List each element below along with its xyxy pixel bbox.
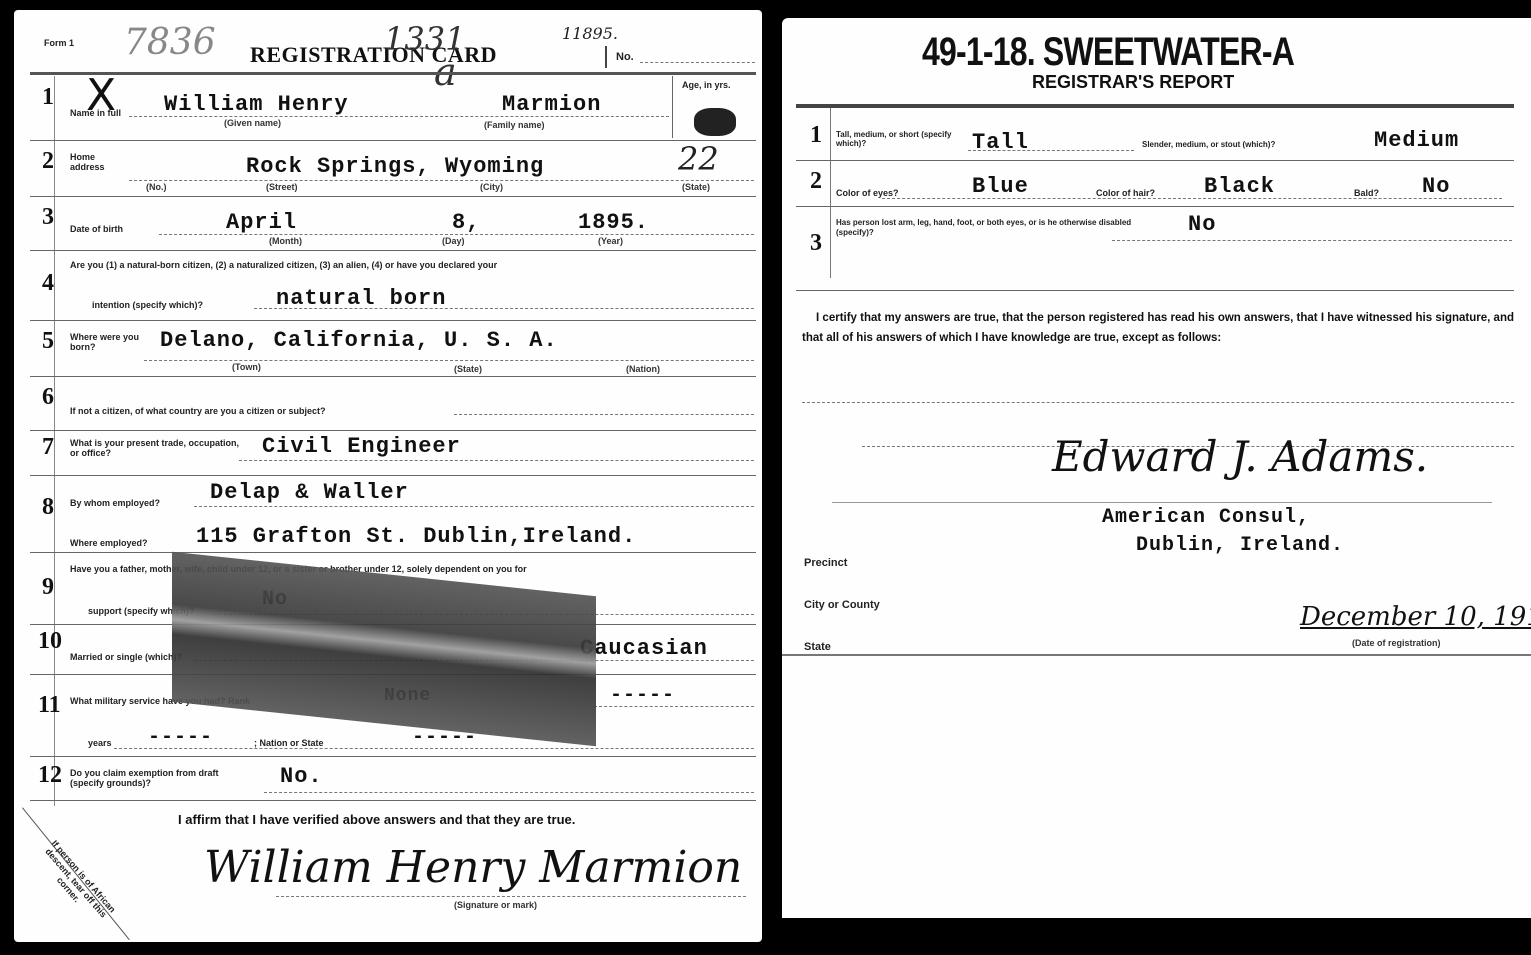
label-exemption: Do you claim exemption from draft (speci… — [70, 768, 250, 788]
label-citizen-of: If not a citizen, of what country are yo… — [70, 406, 326, 416]
certification-statement: I certify that my answers are true, that… — [802, 308, 1514, 348]
line — [239, 460, 754, 461]
label-eye-color: Color of eyes? — [836, 188, 899, 198]
dob-month: April — [226, 210, 297, 235]
row-number-3: 3 — [42, 204, 54, 231]
years-value: ----- — [148, 726, 213, 749]
caption-no: (No.) — [146, 182, 167, 192]
given-name-value: William Henry — [164, 92, 349, 117]
label-home-address: Home address — [70, 152, 120, 172]
dob-day: 8, — [452, 210, 480, 235]
affirm-statement: I affirm that I have verified above answ… — [178, 812, 575, 827]
registration-date: December 10, 1917. — [1300, 602, 1531, 632]
employer-value: Delap & Waller — [210, 480, 409, 505]
line — [264, 792, 754, 793]
label-hair-color: Color of hair? — [1096, 188, 1155, 198]
caption-street: (Street) — [266, 182, 298, 192]
label-nation-state: ; Nation or State — [254, 738, 324, 748]
caption-nation: (Nation) — [626, 364, 660, 374]
row-number-7: 7 — [42, 434, 54, 461]
label-city-county: City or County — [804, 600, 880, 610]
label-intention: intention (specify which)? — [92, 300, 203, 310]
row-number-10: 10 — [38, 628, 62, 655]
line — [129, 180, 754, 181]
label-name: Name in full — [70, 108, 121, 118]
label-dob: Date of birth — [70, 224, 123, 234]
dob-year: 1895. — [578, 210, 649, 235]
line — [254, 308, 754, 309]
exemption-value: No. — [280, 764, 323, 789]
line — [159, 234, 754, 235]
number-column-rule — [830, 108, 831, 278]
label-marital: Married or single (which)? — [70, 652, 182, 662]
age-label: Age, in yrs. — [682, 80, 731, 90]
bottom-rule — [782, 654, 1531, 656]
line — [882, 198, 1502, 199]
header-rule — [30, 72, 756, 75]
label-bald: Bald? — [1354, 188, 1379, 198]
date-caption: (Date of registration) — [1352, 638, 1441, 648]
divider — [605, 46, 607, 68]
row-rule — [30, 430, 756, 431]
signature-line — [832, 502, 1492, 503]
race-value: Caucasian — [580, 636, 708, 661]
label-build: Slender, medium, or stout (which)? — [1142, 140, 1275, 150]
report-row-number-2: 2 — [810, 168, 822, 195]
label-birthplace: Where were you born? — [70, 332, 150, 352]
label-employer: By whom employed? — [70, 498, 160, 508]
label-occupation: What is your present trade, occupation, … — [70, 438, 250, 458]
citizenship-question: Are you (1) a natural-born citizen, (2) … — [70, 260, 497, 270]
report-row-number-3: 3 — [810, 230, 822, 257]
age-scribble — [694, 108, 736, 136]
report-row-number-1: 1 — [810, 122, 822, 149]
family-name-value: Marmion — [502, 92, 601, 117]
height-value: Tall — [972, 130, 1029, 155]
row-rule — [30, 376, 756, 377]
caption-state: (State) — [454, 364, 482, 374]
occupation-value: Civil Engineer — [262, 434, 461, 459]
military-dash: ----- — [610, 684, 675, 707]
line — [968, 150, 1134, 151]
row-number-5: 5 — [42, 328, 54, 355]
caption-family: (Family name) — [484, 120, 545, 130]
caption-year: (Year) — [598, 236, 623, 246]
caption-city: (City) — [480, 182, 503, 192]
label-disability: Has person lost arm, leg, hand, foot, or… — [836, 218, 1136, 238]
label-where-employed: Where employed? — [70, 538, 148, 548]
caption-day: (Day) — [442, 236, 465, 246]
bald-value: No — [1422, 174, 1450, 199]
line — [144, 360, 754, 361]
registration-card: Form 1 7836 REGISTRATION CARD 1331 a 118… — [14, 10, 762, 942]
row-rule — [796, 206, 1514, 207]
row-rule — [30, 552, 756, 553]
home-address-value: Rock Springs, Wyoming — [246, 154, 544, 179]
signature-line — [276, 896, 746, 897]
row-rule — [30, 320, 756, 321]
serial-handwritten: 11895. — [562, 24, 618, 43]
row-number-1: 1 — [42, 84, 54, 111]
form-label: Form 1 — [44, 38, 74, 48]
no-line — [640, 62, 755, 63]
registrar-title-2: Dublin, Ireland. — [1136, 534, 1344, 557]
exceptions-line — [802, 402, 1514, 403]
eye-color-value: Blue — [972, 174, 1029, 199]
age-divider — [672, 76, 673, 138]
label-height: Tall, medium, or short (specify which)? — [836, 130, 966, 148]
row-rule — [30, 475, 756, 476]
scan-border — [782, 0, 1151, 18]
row-rule — [796, 290, 1514, 291]
hair-color-value: Black — [1204, 174, 1275, 199]
line — [114, 748, 754, 749]
label-precinct: Precinct — [804, 558, 847, 568]
line — [194, 506, 754, 507]
row-number-4: 4 — [42, 270, 54, 297]
row-rule — [30, 196, 756, 197]
registrars-report-card: 49-1-18. SWEETWATER-A REGISTRAR'S REPORT… — [782, 18, 1531, 918]
registrar-title-1: American Consul, — [1102, 506, 1310, 529]
line — [594, 706, 754, 707]
build-value: Medium — [1374, 128, 1459, 153]
signature-caption: (Signature or mark) — [454, 900, 537, 910]
registrar-signature: Edward J. Adams. — [1052, 432, 1428, 481]
corner-note: If person is of African descent, tear of… — [25, 828, 126, 938]
row-number-8: 8 — [42, 494, 54, 521]
row-rule — [30, 800, 756, 801]
row-number-2: 2 — [42, 148, 54, 175]
registrant-signature: William Henry Marmion — [204, 842, 742, 893]
stamp-number: 49-1-18. SWEETWATER-A — [922, 30, 1294, 75]
row-rule — [796, 160, 1514, 161]
row-rule — [30, 140, 756, 141]
row-number-9: 9 — [42, 574, 54, 601]
caption-month: (Month) — [269, 236, 302, 246]
header-rule — [796, 104, 1514, 108]
row-rule — [30, 250, 756, 251]
line — [129, 116, 669, 117]
row-number-6: 6 — [42, 384, 54, 411]
report-title: REGISTRAR'S REPORT — [1032, 72, 1234, 93]
row-number-12: 12 — [38, 762, 62, 789]
caption-town: (Town) — [232, 362, 261, 372]
handwritten-number: 7836 — [124, 22, 216, 63]
line — [454, 414, 754, 415]
label-state: State — [804, 642, 831, 652]
employment-location-value: 115 Grafton St. Dublin,Ireland. — [196, 524, 636, 549]
caption-given: (Given name) — [224, 118, 281, 128]
row-rule — [30, 756, 756, 757]
caption-state: (State) — [682, 182, 710, 192]
disability-value: No — [1188, 212, 1216, 237]
row-number-11: 11 — [38, 692, 61, 719]
age-value: 22 — [678, 140, 719, 178]
line — [1112, 240, 1512, 241]
birthplace-value: Delano, California, U. S. A. — [160, 328, 558, 353]
label-years: years — [88, 738, 112, 748]
no-label: No. — [616, 52, 634, 62]
